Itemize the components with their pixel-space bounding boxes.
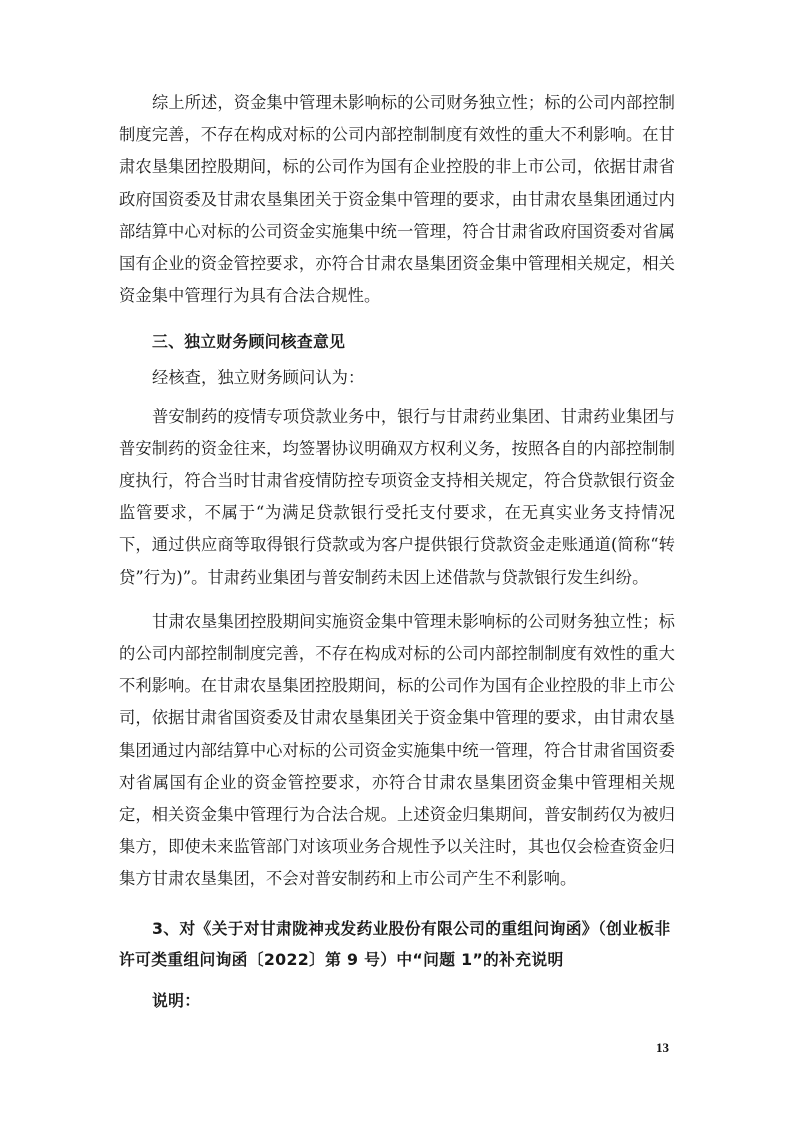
paragraph-review-intro: 经核查，独立财务顾问认为： <box>119 362 675 394</box>
explanation-label: 说明： <box>119 985 675 1017</box>
page-number: 13 <box>656 1040 669 1056</box>
paragraph-loan-business: 普安制药的疫情专项贷款业务中，银行与甘肃药业集团、甘肃药业集团与普安制药的资金往… <box>119 401 675 594</box>
page-content: 综上所述，资金集中管理未影响标的公司财务独立性；标的公司内部控制制度完善，不存在… <box>119 87 675 1017</box>
document-page: 综上所述，资金集中管理未影响标的公司财务独立性；标的公司内部控制制度完善，不存在… <box>0 0 793 1122</box>
paragraph-summary: 综上所述，资金集中管理未影响标的公司财务独立性；标的公司内部控制制度完善，不存在… <box>119 87 675 312</box>
paragraph-fund-management: 甘肃农垦集团控股期间实施资金集中管理未影响标的公司财务独立性；标的公司内部控制制… <box>119 606 675 896</box>
section-heading-advisor-opinion: 三、独立财务顾问核查意见 <box>119 326 675 358</box>
section-heading-supplementary: 3、对《关于对甘肃陇神戎发药业股份有限公司的重组问询函》（创业板非许可类重组问询… <box>119 913 675 975</box>
